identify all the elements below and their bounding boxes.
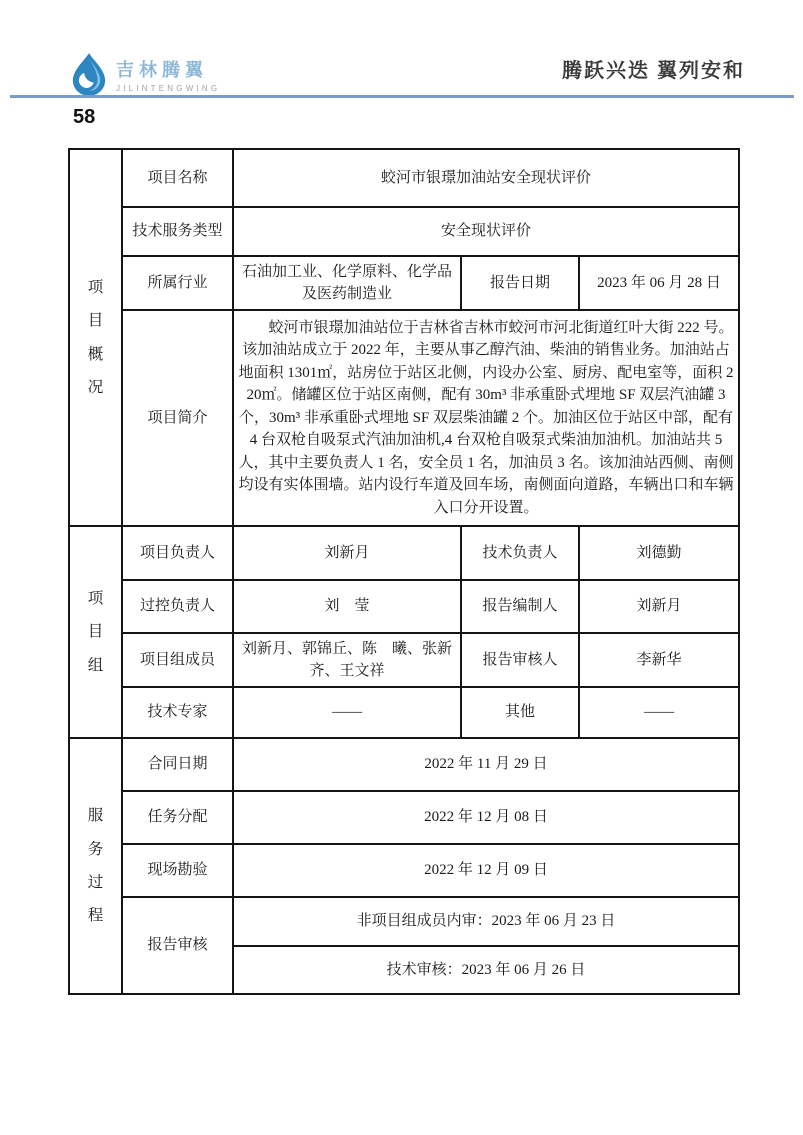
project-name-value: 蛟河市银璟加油站安全现状评价	[233, 149, 739, 207]
section-label-project-team: 项目组	[69, 526, 122, 738]
table-row: 服务过程 合同日期 2022 年 11 月 29 日	[69, 738, 739, 791]
process-control-leader-label: 过控负责人	[122, 580, 233, 633]
tech-leader-value: 刘德勤	[579, 526, 739, 580]
logo-name-en: JILINTENGWING	[116, 84, 220, 93]
service-type-label: 技术服务类型	[122, 207, 233, 256]
document-page: 吉林腾翼 JILINTENGWING 腾跃兴迭 翼列安和 58 项目概况 项目名…	[0, 0, 803, 1135]
tech-expert-value: ——	[233, 687, 461, 738]
industry-label: 所属行业	[122, 256, 233, 310]
project-brief-label: 项目简介	[122, 310, 233, 526]
table-row: 技术服务类型 安全现状评价	[69, 207, 739, 256]
table-row: 任务分配 2022 年 12 月 08 日	[69, 791, 739, 844]
report-review-label: 报告审核	[122, 897, 233, 994]
other-value: ——	[579, 687, 739, 738]
table-row: 过控负责人 刘 莹 报告编制人 刘新月	[69, 580, 739, 633]
project-leader-label: 项目负责人	[122, 526, 233, 580]
other-label: 其他	[461, 687, 579, 738]
project-name-label: 项目名称	[122, 149, 233, 207]
report-review-tech-value: 技术审核：2023 年 06 月 26 日	[233, 946, 739, 994]
table-row: 项目组成员 刘新月、郭锦丘、陈 曦、张新齐、王文祥 报告审核人 李新华	[69, 633, 739, 687]
process-control-leader-value: 刘 莹	[233, 580, 461, 633]
contract-date-label: 合同日期	[122, 738, 233, 791]
tech-leader-label: 技术负责人	[461, 526, 579, 580]
logo-text: 吉林腾翼 JILINTENGWING	[116, 56, 220, 93]
report-reviewer-label: 报告审核人	[461, 633, 579, 687]
section-label-text: 服务过程	[87, 799, 104, 932]
service-type-value: 安全现状评价	[233, 207, 739, 256]
table-row: 所属行业 石油加工业、化学原料、化学品及医药制造业 报告日期 2023 年 06…	[69, 256, 739, 310]
report-date-label: 报告日期	[461, 256, 579, 310]
section-label-service-process: 服务过程	[69, 738, 122, 994]
logo-name-cn: 吉林腾翼	[116, 56, 220, 82]
water-drop-logo-icon	[70, 52, 108, 96]
report-compiler-label: 报告编制人	[461, 580, 579, 633]
site-survey-label: 现场勘验	[122, 844, 233, 897]
report-compiler-value: 刘新月	[579, 580, 739, 633]
page-number: 58	[73, 106, 95, 129]
tech-expert-label: 技术专家	[122, 687, 233, 738]
table-row: 项目简介 蛟河市银璟加油站位于吉林省吉林市蛟河市河北街道红叶大街 222 号。该…	[69, 310, 739, 526]
header-slogan: 腾跃兴迭 翼列安和	[562, 54, 745, 83]
table-row: 项目概况 项目名称 蛟河市银璟加油站安全现状评价	[69, 149, 739, 207]
header-divider	[10, 95, 794, 98]
table-row: 项目组 项目负责人 刘新月 技术负责人 刘德勤	[69, 526, 739, 580]
project-brief-value: 蛟河市银璟加油站位于吉林省吉林市蛟河市河北街道红叶大街 222 号。该加油站成立…	[233, 310, 739, 526]
industry-value: 石油加工业、化学原料、化学品及医药制造业	[233, 256, 461, 310]
report-review-internal-value: 非项目组成员内审：2023 年 06 月 23 日	[233, 897, 739, 946]
section-label-text: 项目组	[87, 582, 104, 682]
table-row: 技术专家 —— 其他 ——	[69, 687, 739, 738]
company-logo: 吉林腾翼 JILINTENGWING	[70, 52, 220, 96]
project-info-table: 项目概况 项目名称 蛟河市银璟加油站安全现状评价 技术服务类型 安全现状评价 所…	[68, 148, 740, 995]
report-date-value: 2023 年 06 月 28 日	[579, 256, 739, 310]
section-label-project-overview: 项目概况	[69, 149, 122, 526]
site-survey-value: 2022 年 12 月 09 日	[233, 844, 739, 897]
report-reviewer-value: 李新华	[579, 633, 739, 687]
project-leader-value: 刘新月	[233, 526, 461, 580]
team-members-value: 刘新月、郭锦丘、陈 曦、张新齐、王文祥	[233, 633, 461, 687]
table-row: 现场勘验 2022 年 12 月 09 日	[69, 844, 739, 897]
task-assignment-label: 任务分配	[122, 791, 233, 844]
team-members-label: 项目组成员	[122, 633, 233, 687]
section-label-text: 项目概况	[87, 271, 104, 404]
table-row: 报告审核 非项目组成员内审：2023 年 06 月 23 日	[69, 897, 739, 946]
task-assignment-value: 2022 年 12 月 08 日	[233, 791, 739, 844]
contract-date-value: 2022 年 11 月 29 日	[233, 738, 739, 791]
